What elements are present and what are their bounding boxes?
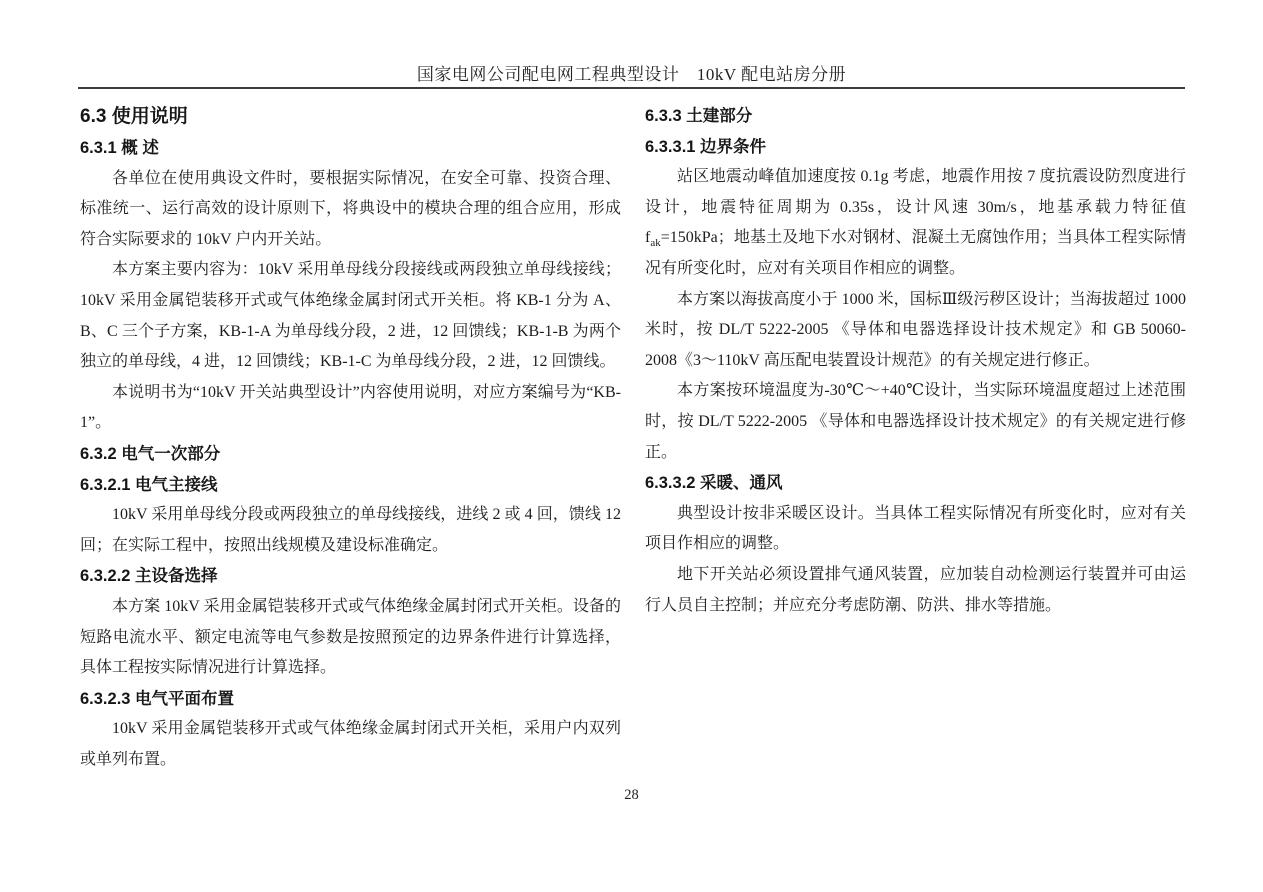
document-page: 国家电网公司配电网工程典型设计 10kV 配电站房分册 6.3 使用说明 6.3… (0, 0, 1263, 892)
page-number: 28 (0, 787, 1263, 804)
paragraph-overview-3: 本说明书为“10kV 开关站典型设计”内容使用说明，对应方案编号为“KB-1”。 (80, 378, 621, 439)
section-heading-6-3-2-3: 6.3.2.3 电气平面布置 (80, 684, 621, 715)
subscript-fak: ak (650, 238, 660, 250)
header-rule (78, 87, 1185, 89)
section-heading-6-3: 6.3 使用说明 (80, 101, 621, 133)
section-heading-6-3-3-2: 6.3.3.2 采暖、通风 (645, 468, 1186, 499)
paragraph-hvac-2: 地下开关站必须设置排气通风装置，应加装自动检测运行装置并可由运行人员自主控制；并… (645, 560, 1186, 621)
section-heading-6-3-3-1: 6.3.3.1 边界条件 (645, 132, 1186, 163)
section-heading-6-3-2-1: 6.3.2.1 电气主接线 (80, 470, 621, 501)
section-heading-6-3-2-2: 6.3.2.2 主设备选择 (80, 561, 621, 592)
two-column-body: 6.3 使用说明 6.3.1 概 述 各单位在使用典设文件时，要根据实际情况，在… (80, 101, 1186, 775)
section-heading-6-3-2: 6.3.2 电气一次部分 (80, 439, 621, 470)
right-column: 6.3.3 土建部分 6.3.3.1 边界条件 站区地震动峰值加速度按 0.1g… (645, 101, 1186, 775)
section-heading-6-3-1: 6.3.1 概 述 (80, 133, 621, 164)
paragraph-boundary-conditions-2: 本方案以海拔高度小于 1000 米，国标Ⅲ级污秽区设计；当海拔超过 1000 米… (645, 285, 1186, 377)
paragraph-electrical-layout: 10kV 采用金属铠装移开式或气体绝缘金属封闭式开关柜，采用户内双列或单列布置。 (80, 714, 621, 775)
paragraph-hvac-1: 典型设计按非采暖区设计。当具体工程实际情况有所变化时，应对有关项目作相应的调整。 (645, 499, 1186, 560)
paragraph-equipment-selection: 本方案 10kV 采用金属铠装移开式或气体绝缘金属封闭式开关柜。设备的短路电流水… (80, 592, 621, 684)
left-column: 6.3 使用说明 6.3.1 概 述 各单位在使用典设文件时，要根据实际情况，在… (80, 101, 621, 775)
paragraph-boundary-conditions-3: 本方案按环境温度为-30℃～+40℃设计，当实际环境温度超过上述范围时，按 DL… (645, 376, 1186, 468)
boundary-text-after-subscript: =150kPa；地基土及地下水对钢材、混凝土无腐蚀作用；当具体工程实际情况有所变… (645, 229, 1186, 277)
section-heading-6-3-3: 6.3.3 土建部分 (645, 101, 1186, 132)
paragraph-boundary-conditions-1: 站区地震动峰值加速度按 0.1g 考虑，地震作用按 7 度抗震设防烈度进行设计，… (645, 162, 1186, 284)
paragraph-overview-2: 本方案主要内容为：10kV 采用单母线分段接线或两段独立单母线接线；10kV 采… (80, 255, 621, 377)
paragraph-overview-1: 各单位在使用典设文件时，要根据实际情况，在安全可靠、投资合理、标准统一、运行高效… (80, 164, 621, 256)
paragraph-main-wiring: 10kV 采用单母线分段或两段独立的单母线接线，进线 2 或 4 回，馈线 12… (80, 500, 621, 561)
running-header-title: 国家电网公司配电网工程典型设计 10kV 配电站房分册 (78, 60, 1185, 85)
